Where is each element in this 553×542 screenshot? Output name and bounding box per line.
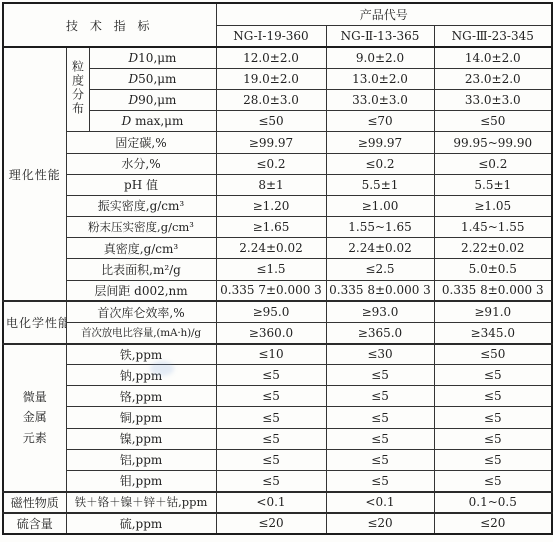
indicator-d90: D90,μm <box>89 90 216 111</box>
value-cell: 0.335 7±0.000 3 <box>216 280 326 301</box>
value-cell: 5.0±0.5 <box>434 259 552 280</box>
indicator-molybdenum: 钼,ppm <box>66 470 216 491</box>
indicator-aluminum: 铝,ppm <box>66 449 216 470</box>
value-cell: 5.5±1 <box>434 174 552 195</box>
group-cell-sulfur: 硫含量 <box>3 513 66 534</box>
value-cell: ≤5 <box>326 407 434 428</box>
indicator-ph: pH 值 <box>66 174 216 195</box>
product-code-3: NG-Ⅲ-23-345 <box>434 25 552 47</box>
value-cell: ≤5 <box>326 386 434 407</box>
value-cell: ≤20 <box>326 513 434 534</box>
value-cell: ≤5 <box>434 365 552 386</box>
group-cell-trace-metals: 微量金属元素 <box>3 344 66 492</box>
indicator-magnetic-substance: 铁＋铬＋镍＋锌＋钴,ppm <box>66 492 216 513</box>
value-cell: ≤2.5 <box>326 259 434 280</box>
value-cell: ≥99.97 <box>326 132 434 153</box>
value-cell: ≤5 <box>434 407 552 428</box>
product-code-header: 产品代号 <box>216 3 552 25</box>
indicator-sodium: 钠,ppm <box>66 365 216 386</box>
value-cell: ≤30 <box>326 344 434 365</box>
value-cell: ≥99.97 <box>216 132 326 153</box>
value-cell: 99.95~99.90 <box>434 132 552 153</box>
value-cell: 8±1 <box>216 174 326 195</box>
indicator-first-coulombic-efficiency: 首次库仑效率,% <box>66 301 216 322</box>
particle-size-label: 粒度分布 <box>72 60 84 116</box>
value-cell: ≤5 <box>434 449 552 470</box>
value-cell: 2.24±0.02 <box>216 238 326 259</box>
indicator-first-discharge-capacity: 首次放电比容量,(mA·h)/g <box>66 322 216 343</box>
value-cell: ≤5 <box>434 428 552 449</box>
value-cell: ≤0.2 <box>434 153 552 174</box>
value-cell: ≤10 <box>216 344 326 365</box>
value-cell: ≥1.00 <box>326 195 434 216</box>
value-cell: ≤50 <box>216 111 326 132</box>
value-cell: ≤5 <box>434 386 552 407</box>
tech-indicator-header: 技 术 指 标 <box>3 3 216 47</box>
product-code-1: NG-Ⅰ-19-360 <box>216 25 326 47</box>
value-cell: ≥1.05 <box>434 195 552 216</box>
value-cell: ≥91.0 <box>434 301 552 322</box>
trace-metals-label: 微量金属元素 <box>20 387 49 448</box>
group-cell-magnetic: 磁性物质 <box>3 492 66 513</box>
indicator-copper: 铜,ppm <box>66 407 216 428</box>
value-cell: 19.0±2.0 <box>216 68 326 89</box>
value-cell: ≤20 <box>434 513 552 534</box>
value-cell: <0.1 <box>216 492 326 513</box>
indicator-true-density: 真密度,g/cm³ <box>66 238 216 259</box>
value-cell: ≤5 <box>216 365 326 386</box>
value-cell: 2.24±0.02 <box>326 238 434 259</box>
value-cell: ≤5 <box>326 428 434 449</box>
value-cell: ≥1.65 <box>216 217 326 238</box>
value-cell: 5.5±1 <box>326 174 434 195</box>
indicator-fixed-carbon: 固定碳,% <box>66 132 216 153</box>
indicator-specific-surface: 比表面积,m²/g <box>66 259 216 280</box>
value-cell: 13.0±2.0 <box>326 68 434 89</box>
value-cell: ≥360.0 <box>216 322 326 343</box>
value-cell: ≤20 <box>216 513 326 534</box>
value-cell: 0.335 8±0.000 3 <box>326 280 434 301</box>
value-cell: 2.22±0.02 <box>434 238 552 259</box>
value-cell: ≤5 <box>326 365 434 386</box>
group-cell-electrochem: 电化学性能 <box>3 301 66 343</box>
indicator-chromium: 铬,ppm <box>66 386 216 407</box>
scanned-spec-sheet: 技 术 指 标 产品代号 NG-Ⅰ-19-360 NG-Ⅱ-13-365 NG-… <box>0 0 553 542</box>
value-cell: ≤5 <box>216 470 326 491</box>
indicator-iron: 铁,ppm <box>66 344 216 365</box>
value-cell: 9.0±2.0 <box>326 47 434 68</box>
value-cell: ≥93.0 <box>326 301 434 322</box>
value-cell: 23.0±2.0 <box>434 68 552 89</box>
value-cell: 33.0±3.0 <box>434 90 552 111</box>
value-cell: ≤1.5 <box>216 259 326 280</box>
value-cell: 1.45~1.55 <box>434 217 552 238</box>
value-cell: ≥1.20 <box>216 195 326 216</box>
value-cell: 28.0±3.0 <box>216 90 326 111</box>
indicator-dmax: D max,μm <box>89 111 216 132</box>
value-cell: ≤5 <box>216 449 326 470</box>
indicator-d10: D10,μm <box>89 47 216 68</box>
value-cell: ≤5 <box>216 428 326 449</box>
value-cell: 0.1~0.5 <box>434 492 552 513</box>
value-cell: ≤50 <box>434 111 552 132</box>
value-cell: 0.335 8±0.000 3 <box>434 280 552 301</box>
value-cell: ≥95.0 <box>216 301 326 322</box>
value-cell: 12.0±2.0 <box>216 47 326 68</box>
value-cell: ≥345.0 <box>434 322 552 343</box>
indicator-compacted-density: 粉末压实密度,g/cm³ <box>66 217 216 238</box>
group-cell-particle-size: 粒度分布 <box>66 47 89 132</box>
indicator-tap-density: 振实密度,g/cm³ <box>66 195 216 216</box>
indicator-d50: D50,μm <box>89 68 216 89</box>
value-cell: ≤70 <box>326 111 434 132</box>
product-code-2: NG-Ⅱ-13-365 <box>326 25 434 47</box>
indicator-sulfur: 硫,ppm <box>66 513 216 534</box>
group-cell-physchem: 理化性能 <box>3 47 66 301</box>
value-cell: ≤5 <box>216 407 326 428</box>
value-cell: ≤5 <box>326 449 434 470</box>
indicator-nickel: 镍,ppm <box>66 428 216 449</box>
indicator-d002-spacing: 层间距 d002,nm <box>66 280 216 301</box>
value-cell: 1.55~1.65 <box>326 217 434 238</box>
value-cell: ≤50 <box>434 344 552 365</box>
value-cell: ≤5 <box>326 470 434 491</box>
value-cell: ≤5 <box>216 386 326 407</box>
value-cell: ≥365.0 <box>326 322 434 343</box>
value-cell: ≤0.2 <box>216 153 326 174</box>
indicator-moisture: 水分,% <box>66 153 216 174</box>
value-cell: <0.1 <box>326 492 434 513</box>
value-cell: 14.0±2.0 <box>434 47 552 68</box>
value-cell: 33.0±3.0 <box>326 90 434 111</box>
value-cell: ≤0.2 <box>326 153 434 174</box>
value-cell: ≤5 <box>434 470 552 491</box>
spec-table: 技 术 指 标 产品代号 NG-Ⅰ-19-360 NG-Ⅱ-13-365 NG-… <box>2 2 553 535</box>
